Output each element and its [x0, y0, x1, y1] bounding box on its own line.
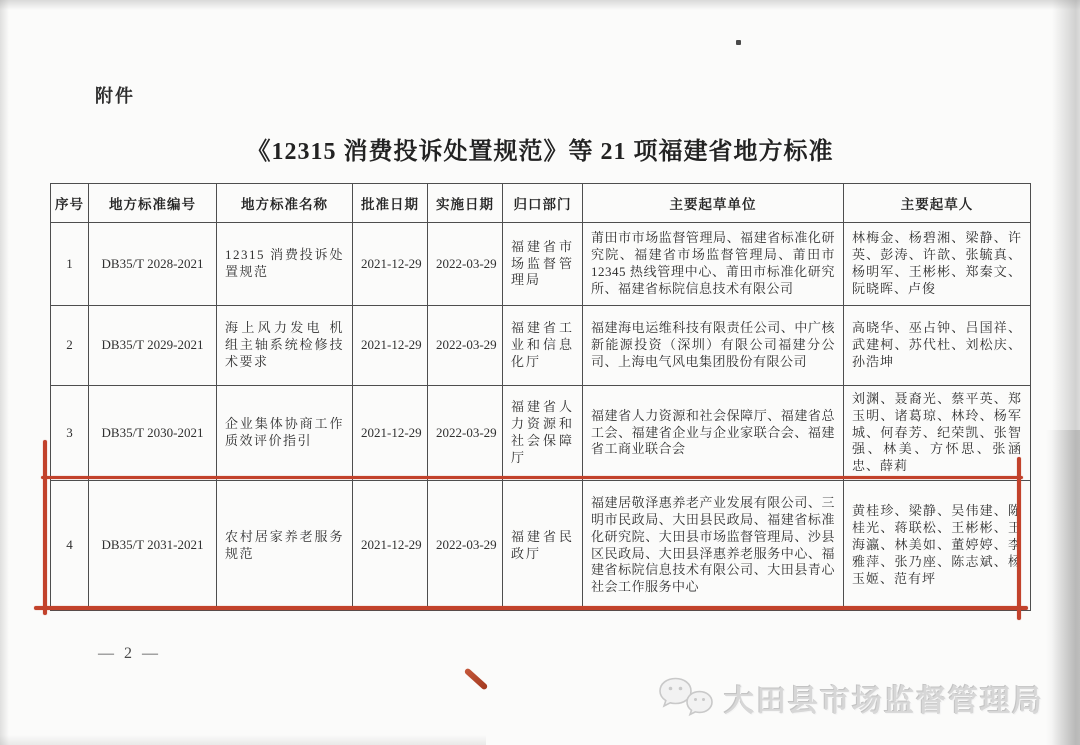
table-row: 4DB35/T 2031-2021农村居家养老服务规范2021-12-29202…	[51, 481, 1031, 611]
page-title: 《12315 消费投诉处置规范》等 21 项福建省地方标准	[0, 131, 1080, 166]
column-header-department: 归口部门	[503, 184, 583, 223]
scan-speck	[736, 40, 741, 45]
cell-department: 福建省民政厅	[503, 481, 583, 611]
cell-implementation_date: 2022-03-29	[428, 481, 503, 611]
cell-name: 海上风力发电 机组主轴系统检修技术要求	[217, 306, 353, 386]
table-body: 1DB35/T 2028-202112315 消费投诉处置规范2021-12-2…	[51, 223, 1031, 611]
column-header-drafting_units: 主要起草单位	[583, 184, 844, 223]
table-row: 1DB35/T 2028-202112315 消费投诉处置规范2021-12-2…	[51, 223, 1031, 306]
watermark-text: 大田县市场监督管理局	[724, 676, 1044, 720]
cell-implementation_date: 2022-03-29	[428, 306, 503, 386]
column-header-approval_date: 批准日期	[353, 184, 428, 223]
column-header-implementation_date: 实施日期	[428, 184, 503, 223]
red-pen-mark	[464, 667, 489, 690]
column-header-code: 地方标准编号	[89, 184, 217, 223]
red-annotation-line-bottom	[34, 606, 1028, 610]
red-annotation-line-top	[41, 476, 1023, 479]
column-header-no: 序号	[51, 184, 89, 223]
cell-drafters: 刘渊、聂裔光、蔡平英、郑玉明、诸葛琼、林玲、杨军城、何春芳、纪荣凯、张智强、林美…	[844, 386, 1031, 481]
column-header-name: 地方标准名称	[217, 184, 353, 223]
scan-edge-bottom	[0, 735, 486, 745]
cell-no: 4	[51, 481, 89, 611]
scan-edge-top	[0, 0, 1080, 10]
cell-department: 福建省工业和信息化厅	[503, 306, 583, 386]
scanned-document-page: { "page": { "attachment_label": "附件", "t…	[0, 0, 1080, 745]
page-number: — 2 —	[98, 645, 161, 663]
cell-department: 福建省市场监督管理局	[503, 223, 583, 306]
cell-drafting_units: 福建海电运维科技有限责任公司、中广核新能源投资（深圳）有限公司福建分公司、上海电…	[583, 306, 844, 386]
watermark: 大田县市场监督管理局	[657, 676, 1044, 720]
cell-no: 1	[51, 223, 89, 306]
red-annotation-line-right	[1017, 457, 1021, 620]
cell-drafting_units: 福建省人力资源和社会保障厅、福建省总工会、福建省企业与企业家联合会、福建省工商业…	[583, 386, 844, 481]
cell-drafting_units: 福建居敬泽惠养老产业发展有限公司、三明市民政局、大田县民政局、福建省标准化研究院…	[583, 481, 844, 611]
cell-no: 3	[51, 386, 89, 481]
standards-table: 序号地方标准编号地方标准名称批准日期实施日期归口部门主要起草单位主要起草人 1D…	[50, 183, 1031, 611]
cell-drafting_units: 莆田市市场监督管理局、福建省标准化研究院、福建省市场监督管理局、莆田市 1234…	[583, 223, 844, 306]
table-header-row: 序号地方标准编号地方标准名称批准日期实施日期归口部门主要起草单位主要起草人	[51, 184, 1031, 223]
cell-approval_date: 2021-12-29	[353, 481, 428, 611]
red-annotation-line-left	[43, 440, 47, 615]
cell-drafters: 黄桂珍、梁静、吴伟建、陈桂光、蒋联松、王彬彬、王海瀛、林美如、董婷婷、李雅萍、张…	[844, 481, 1031, 611]
column-header-drafters: 主要起草人	[844, 184, 1031, 223]
cell-no: 2	[51, 306, 89, 386]
cell-approval_date: 2021-12-29	[353, 223, 428, 306]
cell-name: 农村居家养老服务规范	[217, 481, 353, 611]
cell-implementation_date: 2022-03-29	[428, 386, 503, 481]
attachment-label: 附件	[95, 82, 135, 108]
cell-approval_date: 2021-12-29	[353, 386, 428, 481]
cell-name: 12315 消费投诉处置规范	[217, 223, 353, 306]
wechat-icon	[657, 676, 715, 720]
table-row: 3DB35/T 2030-2021企业集体协商工作质效评价指引2021-12-2…	[51, 386, 1031, 481]
cell-drafters: 高晓华、巫占钟、吕国祥、武建柯、苏代杜、刘松庆、孙浩坤	[844, 306, 1031, 386]
cell-drafters: 林梅金、杨碧湘、梁静、许英、彭涛、许歆、张毓真、杨明军、王彬彬、郑秦文、阮晓晖、…	[844, 223, 1031, 306]
table-row: 2DB35/T 2029-2021海上风力发电 机组主轴系统检修技术要求2021…	[51, 306, 1031, 386]
scan-edge-left	[0, 0, 9, 745]
cell-approval_date: 2021-12-29	[353, 306, 428, 386]
cell-code: DB35/T 2030-2021	[89, 386, 217, 481]
cell-code: DB35/T 2028-2021	[89, 223, 217, 306]
cell-code: DB35/T 2029-2021	[89, 306, 217, 386]
cell-implementation_date: 2022-03-29	[428, 223, 503, 306]
scan-edge-right-lower	[1046, 430, 1080, 745]
cell-code: DB35/T 2031-2021	[89, 481, 217, 611]
cell-name: 企业集体协商工作质效评价指引	[217, 386, 353, 481]
cell-department: 福建省人力资源和社会保障厅	[503, 386, 583, 481]
